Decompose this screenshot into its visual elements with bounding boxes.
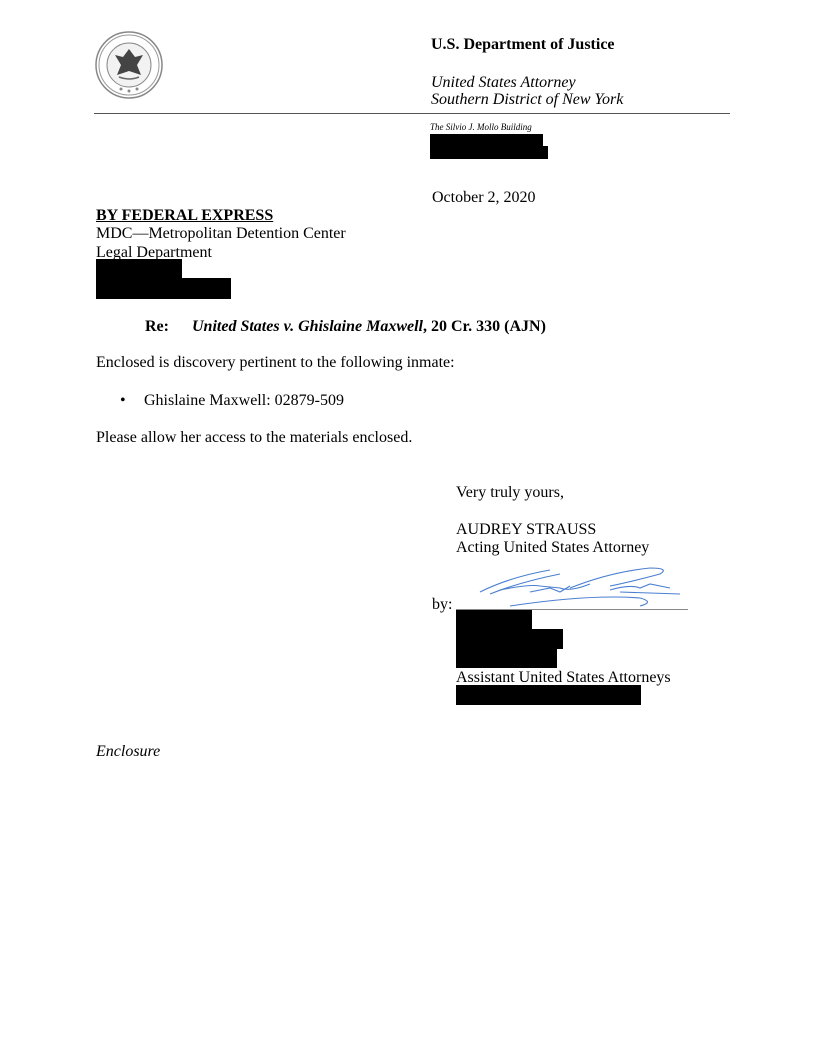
department-heading: U.S. Department of Justice (431, 36, 615, 54)
doj-seal-icon (95, 31, 163, 99)
intro-paragraph: Enclosed is discovery pertinent to the f… (96, 354, 455, 372)
attorney-title: Acting United States Attorney (456, 539, 649, 557)
letter-date: October 2, 2020 (432, 189, 536, 207)
delivery-method: BY FEDERAL EXPRESS (96, 207, 273, 225)
building-name: The Silvio J. Mollo Building (430, 122, 532, 133)
attorney-name: AUDREY STRAUSS (456, 521, 596, 539)
redacted-recipient-address-2 (96, 278, 231, 299)
redacted-signatory-2 (456, 629, 563, 649)
office-line-1: United States Attorney (431, 74, 576, 92)
recipient-line-1: MDC—Metropolitan Detention Center (96, 225, 346, 243)
enclosure-note: Enclosure (96, 743, 160, 761)
request-paragraph: Please allow her access to the materials… (96, 429, 412, 447)
salutation: Very truly yours, (456, 484, 564, 502)
letterhead-divider (94, 113, 730, 114)
case-name: United States v. Ghislaine Maxwell (192, 318, 423, 335)
case-number: , 20 Cr. 330 (AJN) (423, 318, 546, 335)
re-subject: United States v. Ghislaine Maxwell, 20 C… (192, 318, 546, 336)
redacted-signatory-3 (456, 648, 557, 668)
re-label: Re: (145, 318, 169, 336)
handwritten-signature-icon (470, 562, 700, 612)
redacted-contact-info (456, 685, 641, 705)
redacted-address-line-2 (430, 146, 548, 159)
inmate-list-item: Ghislaine Maxwell: 02879-509 (144, 392, 344, 410)
office-line-2: Southern District of New York (431, 91, 623, 109)
bullet-icon: • (120, 392, 126, 410)
by-label: by: (432, 596, 452, 614)
